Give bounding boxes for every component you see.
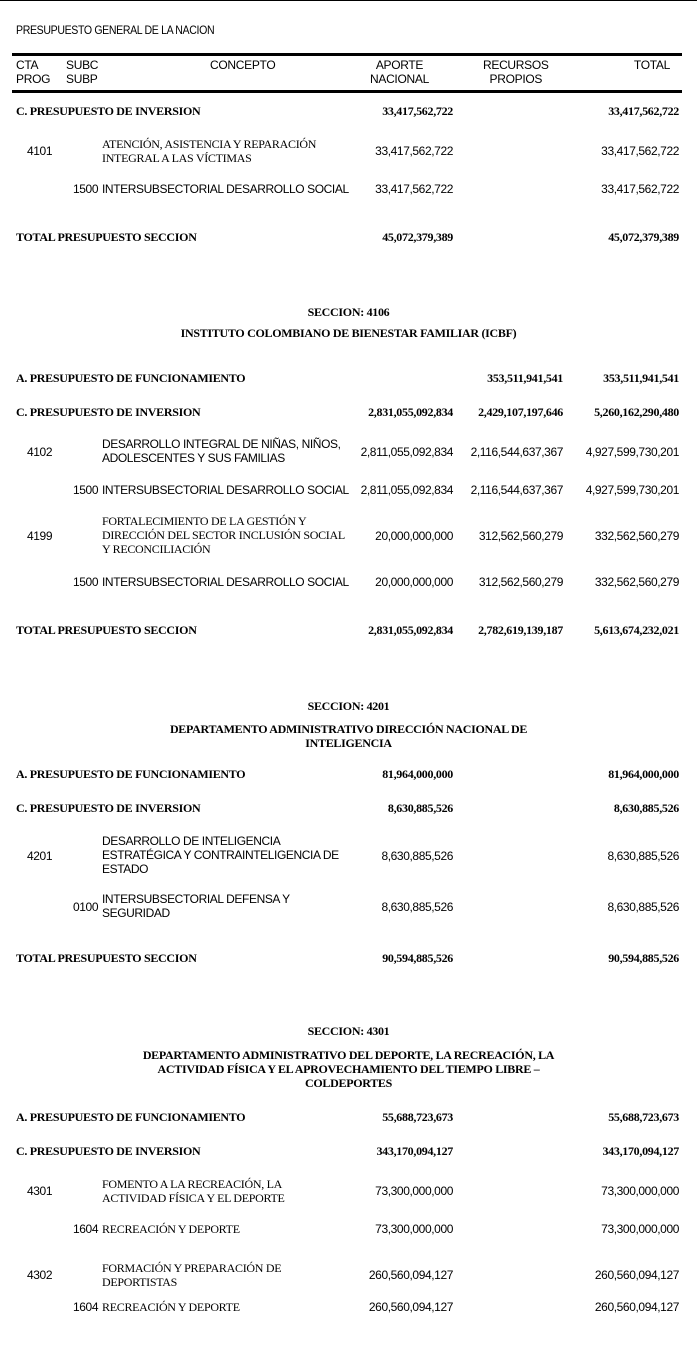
total-value: 4,927,599,730,201 xyxy=(586,445,679,459)
section-name: DEPARTAMENTO ADMINISTRATIVO DIRECCIÓN NA… xyxy=(0,722,697,750)
inversion-recursos: 2,429,107,197,646 xyxy=(478,405,563,420)
section-name-line: DEPARTAMENTO ADMINISTRATIVO DEL DEPORTE,… xyxy=(0,1048,697,1062)
header-subc: SUBC xyxy=(66,58,98,72)
page-top-border xyxy=(0,0,697,1)
concepto-line: ATENCIÓN, ASISTENCIA Y REPARACIÓN xyxy=(102,137,352,151)
concepto-line: FORTALECIMIENTO DE LA GESTIÓN Y xyxy=(102,514,352,528)
inversion-aporte: 8,630,885,526 xyxy=(388,801,453,816)
recursos-value: 312,562,560,279 xyxy=(479,529,563,543)
total-value: 332,562,560,279 xyxy=(595,575,679,589)
recursos-value: 2,116,544,637,367 xyxy=(471,483,563,497)
section-name-line: COLDEPORTES xyxy=(0,1076,697,1090)
concepto-line: DEPORTISTAS xyxy=(102,1275,352,1289)
header-top-rule xyxy=(12,53,682,56)
total-seccion-aporte: 90,594,885,526 xyxy=(382,951,453,966)
funcionamiento-label: A. PRESUPUESTO DE FUNCIONAMIENTO xyxy=(16,371,245,386)
document-title: PRESUPUESTO GENERAL DE LA NACION xyxy=(16,23,214,37)
aporte-value: 2,811,055,092,834 xyxy=(361,483,453,497)
header-subc-subp: SUBC SUBP xyxy=(66,58,98,86)
funcionamiento-aporte: 81,964,000,000 xyxy=(382,767,453,782)
header-aporte: APORTE xyxy=(370,58,429,72)
concepto-text: FORTALECIMIENTO DE LA GESTIÓN Y DIRECCIÓ… xyxy=(102,514,352,556)
total-seccion-total: 90,594,885,526 xyxy=(608,951,679,966)
cta-code: 4201 xyxy=(27,849,52,863)
concepto-line: DIRECCIÓN DEL SECTOR INCLUSIÓN SOCIAL xyxy=(102,528,352,542)
section-number: SECCION: 4301 xyxy=(0,1024,697,1039)
subc-code: 1604 xyxy=(73,1300,98,1314)
cta-code: 4301 xyxy=(27,1184,52,1198)
inversion-label: C. PRESUPUESTO DE INVERSION xyxy=(16,1144,200,1159)
concepto-text: INTERSUBSECTORIAL DESARROLLO SOCIAL xyxy=(102,182,352,196)
total-value: 33,417,562,722 xyxy=(601,182,679,196)
concepto-text: INTERSUBSECTORIAL DEFENSA Y SEGURIDAD xyxy=(102,892,352,920)
concepto-text: INTERSUBSECTORIAL DESARROLLO SOCIAL xyxy=(102,575,352,589)
header-cta-prog: CTA PROG xyxy=(16,58,50,86)
total-seccion-aporte: 2,831,055,092,834 xyxy=(368,623,453,638)
total-seccion-total: 5,613,674,232,021 xyxy=(594,623,679,638)
header-prog: PROG xyxy=(16,72,50,86)
section-name: DEPARTAMENTO ADMINISTRATIVO DEL DEPORTE,… xyxy=(0,1048,697,1090)
concepto-text: FOMENTO A LA RECREACIÓN, LA ACTIVIDAD FÍ… xyxy=(102,1177,352,1205)
inversion-total: 8,630,885,526 xyxy=(614,801,679,816)
aporte-value: 8,630,885,526 xyxy=(381,900,453,914)
section-name: INSTITUTO COLOMBIANO DE BIENESTAR FAMILI… xyxy=(0,326,697,341)
total-value: 260,560,094,127 xyxy=(595,1300,679,1314)
total-value: 332,562,560,279 xyxy=(595,529,679,543)
aporte-value: 8,630,885,526 xyxy=(381,849,453,863)
concepto-line: FOMENTO A LA RECREACIÓN, LA xyxy=(102,1177,352,1191)
aporte-value: 33,417,562,722 xyxy=(375,182,453,196)
subc-code: 1500 xyxy=(73,575,98,589)
aporte-value: 20,000,000,000 xyxy=(375,529,453,543)
concepto-line: DESARROLLO DE INTELIGENCIA xyxy=(102,834,352,848)
total-value: 8,630,885,526 xyxy=(607,849,679,863)
total-seccion-total: 45,072,379,389 xyxy=(608,230,679,245)
aporte-value: 73,300,000,000 xyxy=(375,1222,453,1236)
concepto-text: DESARROLLO DE INTELIGENCIA ESTRATÉGICA Y… xyxy=(102,834,352,876)
section-number: SECCION: 4106 xyxy=(0,305,697,320)
concepto-line: FORMACIÓN Y PREPARACIÓN DE xyxy=(102,1261,352,1275)
concepto-line: ACTIVIDAD FÍSICA Y EL DEPORTE xyxy=(102,1191,352,1205)
funcionamiento-label: A. PRESUPUESTO DE FUNCIONAMIENTO xyxy=(16,1110,245,1125)
cta-code: 4199 xyxy=(27,529,52,543)
total-seccion-recursos: 2,782,619,139,187 xyxy=(478,623,563,638)
inversion-total: 343,170,094,127 xyxy=(602,1144,679,1159)
concepto-line: ESTRATÉGICA Y CONTRAINTELIGENCIA DE xyxy=(102,848,352,862)
header-recursos-propios: RECURSOS PROPIOS xyxy=(483,58,549,86)
funcionamiento-total: 353,511,941,541 xyxy=(603,371,679,386)
concepto-text: ATENCIÓN, ASISTENCIA Y REPARACIÓN INTEGR… xyxy=(102,137,352,165)
total-seccion-label: TOTAL PRESUPUESTO SECCION xyxy=(16,951,197,966)
total-value: 73,300,000,000 xyxy=(601,1222,679,1236)
concepto-line: INTERSUBSECTORIAL DEFENSA Y xyxy=(102,892,352,906)
section-name-line: DEPARTAMENTO ADMINISTRATIVO DIRECCIÓN NA… xyxy=(0,722,697,736)
concepto-line: ESTADO xyxy=(102,862,352,876)
header-total: TOTAL xyxy=(634,58,670,72)
header-propios: PROPIOS xyxy=(483,72,549,86)
concepto-line: ADOLESCENTES Y SUS FAMILIAS xyxy=(102,451,352,465)
header-recursos: RECURSOS xyxy=(483,58,549,72)
total-value: 8,630,885,526 xyxy=(607,900,679,914)
aporte-value: 73,300,000,000 xyxy=(375,1184,453,1198)
header-concepto: CONCEPTO xyxy=(210,58,275,72)
concepto-text: INTERSUBSECTORIAL DESARROLLO SOCIAL xyxy=(102,483,352,497)
aporte-value: 260,560,094,127 xyxy=(369,1300,453,1314)
cta-code: 4102 xyxy=(27,445,52,459)
inversion-total: 33,417,562,722 xyxy=(608,104,679,119)
concepto-text: RECREACIÓN Y DEPORTE xyxy=(102,1300,352,1314)
header-nacional: NACIONAL xyxy=(370,72,429,86)
funcionamiento-total: 81,964,000,000 xyxy=(608,767,679,782)
funcionamiento-total: 55,688,723,673 xyxy=(608,1110,679,1125)
total-seccion-aporte: 45,072,379,389 xyxy=(382,230,453,245)
inversion-aporte: 343,170,094,127 xyxy=(376,1144,453,1159)
concepto-line: SEGURIDAD xyxy=(102,906,352,920)
concepto-text: DESARROLLO INTEGRAL DE NIÑAS, NIÑOS, ADO… xyxy=(102,437,352,465)
header-aporte-nacional: APORTE NACIONAL xyxy=(370,58,429,86)
subc-code: 1500 xyxy=(73,483,98,497)
section-name-line: INTELIGENCIA xyxy=(0,736,697,750)
total-value: 73,300,000,000 xyxy=(601,1184,679,1198)
header-subp: SUBP xyxy=(66,72,98,86)
subc-code: 1500 xyxy=(73,182,98,196)
aporte-value: 33,417,562,722 xyxy=(375,144,453,158)
funcionamiento-recursos: 353,511,941,541 xyxy=(487,371,563,386)
total-value: 33,417,562,722 xyxy=(601,144,679,158)
cta-code: 4101 xyxy=(27,144,52,158)
recursos-value: 2,116,544,637,367 xyxy=(471,445,563,459)
section-number: SECCION: 4201 xyxy=(0,699,697,714)
funcionamiento-aporte: 55,688,723,673 xyxy=(382,1110,453,1125)
section-name-line: ACTIVIDAD FÍSICA Y EL APROVECHAMIENTO DE… xyxy=(0,1062,697,1076)
subc-code: 1604 xyxy=(73,1222,98,1236)
total-seccion-label: TOTAL PRESUPUESTO SECCION xyxy=(16,230,197,245)
inversion-label: C. PRESUPUESTO DE INVERSION xyxy=(16,405,200,420)
aporte-value: 260,560,094,127 xyxy=(369,1268,453,1282)
header-bottom-rule xyxy=(12,90,682,93)
inversion-aporte: 2,831,055,092,834 xyxy=(368,405,453,420)
funcionamiento-label: A. PRESUPUESTO DE FUNCIONAMIENTO xyxy=(16,767,245,782)
aporte-value: 2,811,055,092,834 xyxy=(361,445,453,459)
header-cta: CTA xyxy=(16,58,50,72)
total-value: 4,927,599,730,201 xyxy=(586,483,679,497)
concepto-text: FORMACIÓN Y PREPARACIÓN DE DEPORTISTAS xyxy=(102,1261,352,1289)
inversion-aporte: 33,417,562,722 xyxy=(382,104,453,119)
concepto-line: DESARROLLO INTEGRAL DE NIÑAS, NIÑOS, xyxy=(102,437,352,451)
inversion-label: C. PRESUPUESTO DE INVERSION xyxy=(16,104,200,119)
inversion-label: C. PRESUPUESTO DE INVERSION xyxy=(16,801,200,816)
cta-code: 4302 xyxy=(27,1268,52,1282)
total-value: 260,560,094,127 xyxy=(595,1268,679,1282)
total-seccion-label: TOTAL PRESUPUESTO SECCION xyxy=(16,623,197,638)
recursos-value: 312,562,560,279 xyxy=(479,575,563,589)
concepto-line: Y RECONCILIACIÓN xyxy=(102,542,352,556)
concepto-line: INTEGRAL A LAS VÍCTIMAS xyxy=(102,151,352,165)
concepto-text: RECREACIÓN Y DEPORTE xyxy=(102,1222,352,1236)
subc-code: 0100 xyxy=(73,900,98,914)
inversion-total: 5,260,162,290,480 xyxy=(594,405,679,420)
aporte-value: 20,000,000,000 xyxy=(375,575,453,589)
